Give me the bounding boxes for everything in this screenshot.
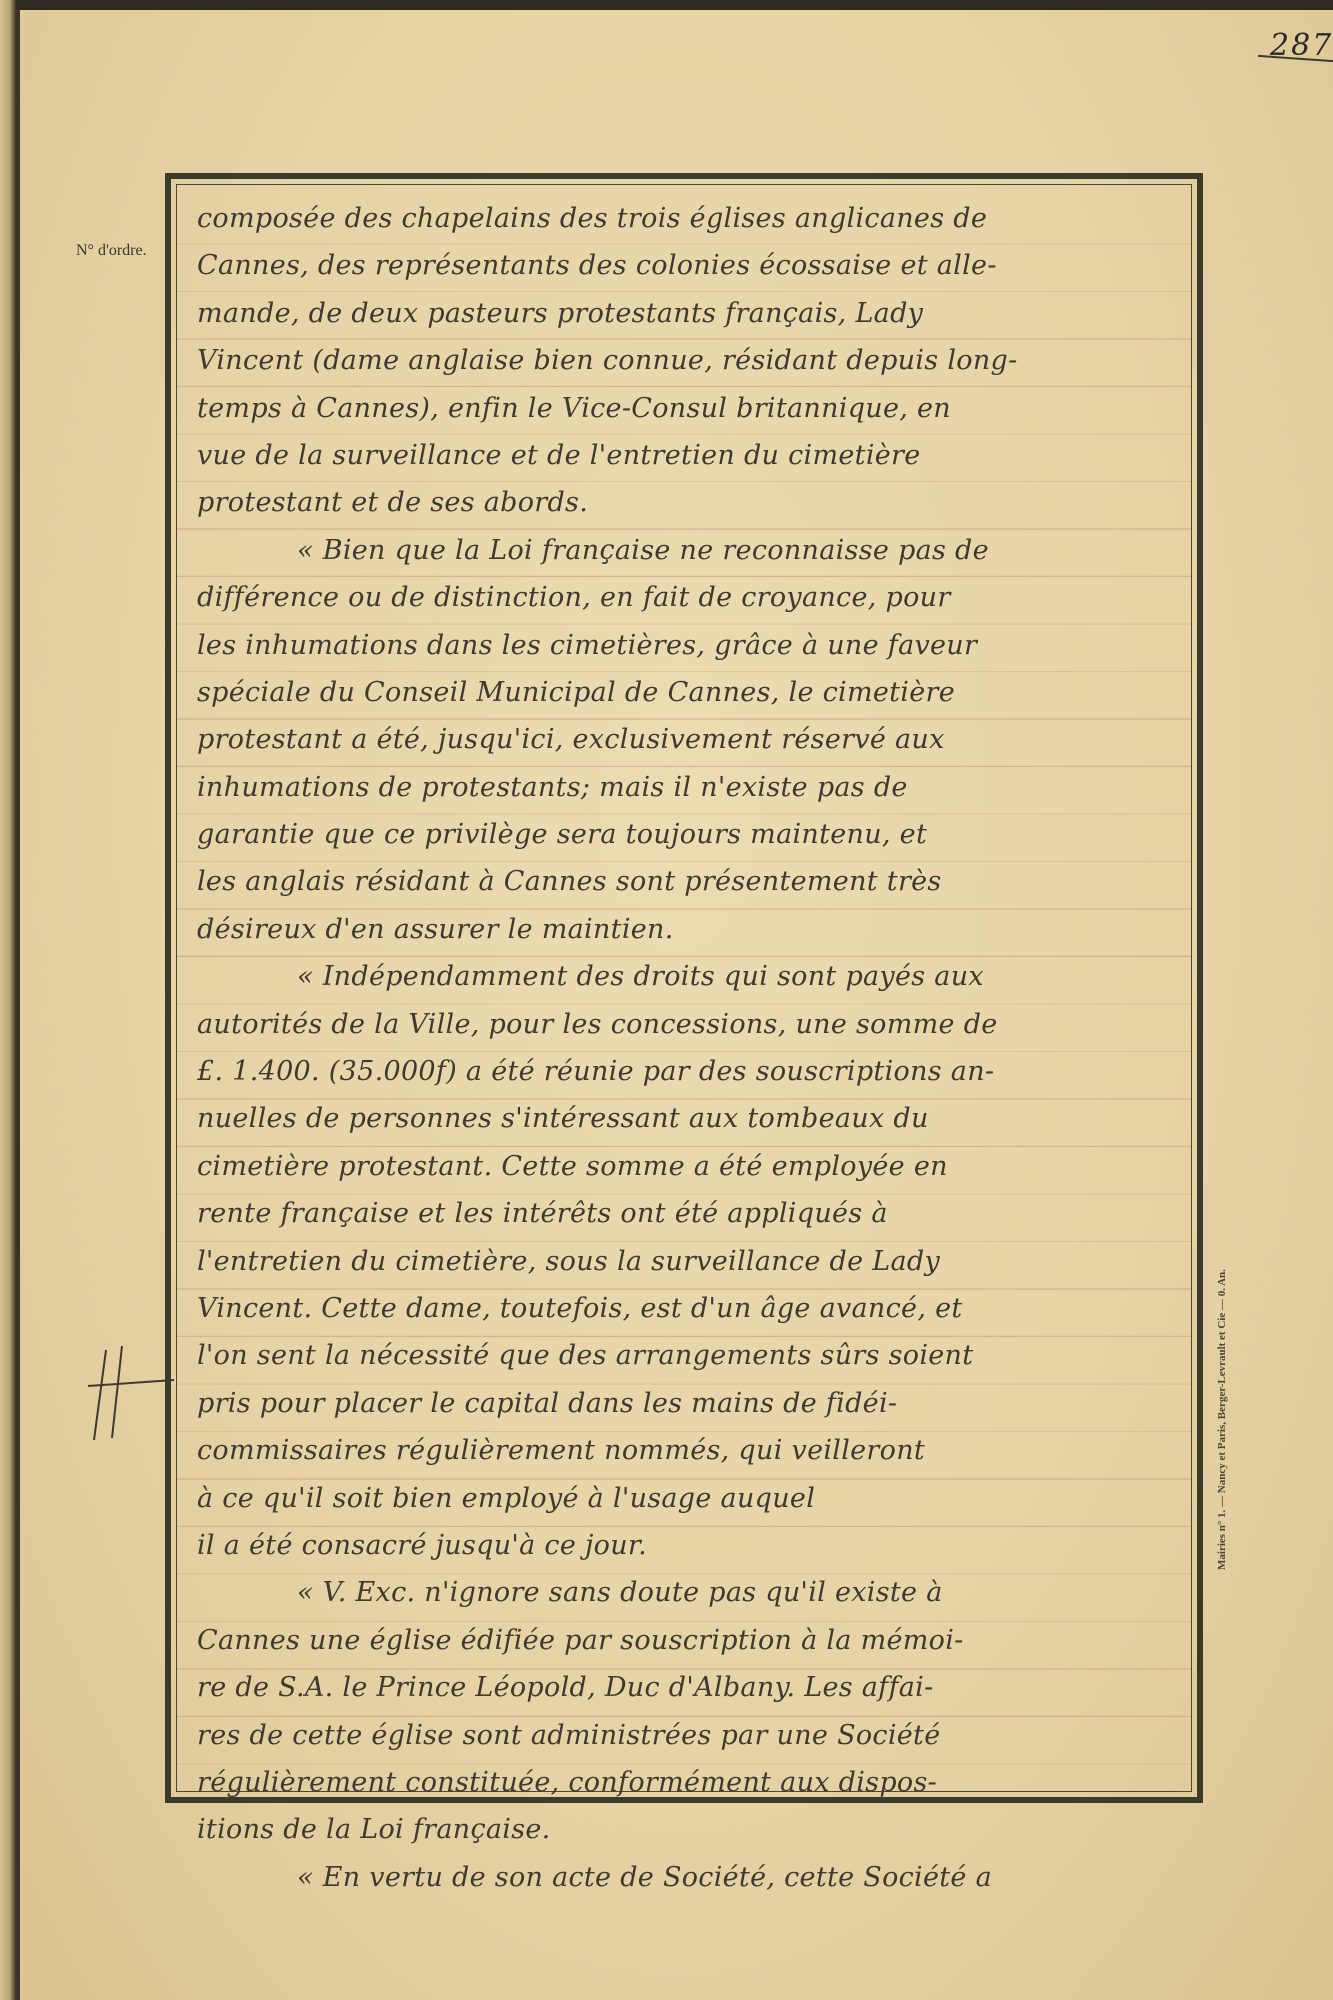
manuscript-line: Cannes une église édifiée par souscripti… xyxy=(197,1617,1177,1664)
manuscript-line: Vincent. Cette dame, toutefois, est d'un… xyxy=(197,1285,1177,1332)
ledger-page: 287. N° d'ordre. composée des chapelains… xyxy=(16,10,1333,2000)
manuscript-line: à ce qu'il soit bien employé à l'usage a… xyxy=(197,1475,1177,1522)
manuscript-line: autorités de la Ville, pour les concessi… xyxy=(197,1001,1177,1048)
manuscript-line: inhumations de protestants; mais il n'ex… xyxy=(197,764,1177,811)
manuscript-line: re de S.A. le Prince Léopold, Duc d'Alba… xyxy=(197,1664,1177,1711)
manuscript-text: composée des chapelains des trois église… xyxy=(197,195,1177,1901)
manuscript-line: itions de la Loi française. xyxy=(197,1806,1177,1853)
manuscript-line: régulièrement constituée, conformément a… xyxy=(197,1759,1177,1806)
manuscript-line: temps à Cannes), enfin le Vice-Consul br… xyxy=(197,385,1177,432)
manuscript-line: il a été consacré jusqu'à ce jour. xyxy=(197,1522,1177,1569)
book-spine xyxy=(0,0,16,2000)
ruled-writing-area: composée des chapelains des trois église… xyxy=(176,184,1192,1792)
manuscript-line: vue de la surveillance et de l'entretien… xyxy=(197,432,1177,479)
manuscript-paragraph-start: « Bien que la Loi française ne reconnais… xyxy=(197,527,1177,574)
manuscript-line: Vincent (dame anglaise bien connue, rési… xyxy=(197,337,1177,384)
manuscript-paragraph-start: « Indépendamment des droits qui sont pay… xyxy=(197,953,1177,1000)
ruled-frame: composée des chapelains des trois église… xyxy=(165,173,1203,1803)
manuscript-line: composée des chapelains des trois église… xyxy=(197,195,1177,242)
manuscript-line: rente française et les intérêts ont été … xyxy=(197,1190,1177,1237)
margin-bracket-mark-icon xyxy=(86,1340,176,1450)
manuscript-line: nuelles de personnes s'intéressant aux t… xyxy=(197,1095,1177,1142)
manuscript-line: cimetière protestant. Cette somme a été … xyxy=(197,1143,1177,1190)
manuscript-line: protestant a été, jusqu'ici, exclusiveme… xyxy=(197,716,1177,763)
manuscript-line: pris pour placer le capital dans les mai… xyxy=(197,1380,1177,1427)
manuscript-paragraph-start: « En vertu de son acte de Société, cette… xyxy=(197,1854,1177,1901)
manuscript-line: les anglais résidant à Cannes sont prése… xyxy=(197,858,1177,905)
manuscript-paragraph-start: « V. Exc. n'ignore sans doute pas qu'il … xyxy=(197,1569,1177,1616)
manuscript-line: les inhumations dans les cimetières, grâ… xyxy=(197,622,1177,669)
manuscript-line: désireux d'en assurer le maintien. xyxy=(197,906,1177,953)
manuscript-line: garantie que ce privilège sera toujours … xyxy=(197,811,1177,858)
manuscript-line: mande, de deux pasteurs protestants fran… xyxy=(197,290,1177,337)
manuscript-line: l'on sent la nécessité que des arrangeme… xyxy=(197,1332,1177,1379)
manuscript-line: commissaires régulièrement nommés, qui v… xyxy=(197,1427,1177,1474)
printer-imprint: Mairies n° 1. — Nancy et Paris, Berger-L… xyxy=(1216,1269,1228,1570)
manuscript-line: l'entretien du cimetière, sous la survei… xyxy=(197,1238,1177,1285)
manuscript-line: spéciale du Conseil Municipal de Cannes,… xyxy=(197,669,1177,716)
manuscript-line: £. 1.400. (35.000f) a été réunie par des… xyxy=(197,1048,1177,1095)
manuscript-line: Cannes, des représentants des colonies é… xyxy=(197,242,1177,289)
order-number-label: N° d'ordre. xyxy=(76,242,147,260)
manuscript-line: protestant et de ses abords. xyxy=(197,479,1177,526)
manuscript-line: différence ou de distinction, en fait de… xyxy=(197,574,1177,621)
manuscript-line: res de cette église sont administrées pa… xyxy=(197,1712,1177,1759)
